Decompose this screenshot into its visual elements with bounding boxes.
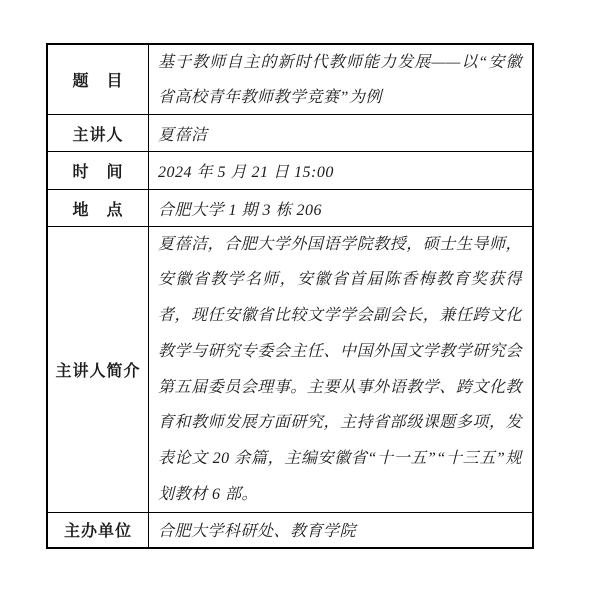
row-value-organizer: 合肥大学科研处、教育学院 <box>149 513 532 547</box>
organizer-text: 合肥大学科研处、教育学院 <box>158 518 522 541</box>
table-row-location: 地 点 合肥大学 1 期 3 栋 206 <box>48 190 532 227</box>
speaker-name: 夏蓓洁 <box>158 122 522 145</box>
row-value-title: 基于教师自主的新时代教师能力发展——以“安徽省高校青年教师教学竞赛”为例 <box>149 45 532 114</box>
table-row-speaker-bio: 主讲人简介 夏蓓洁，合肥大学外国语学院教授，硕士生导师，安徽省教学名师，安徽省首… <box>48 227 532 513</box>
table-row-title: 题 目 基于教师自主的新时代教师能力发展——以“安徽省高校青年教师教学竞赛”为例 <box>48 45 532 115</box>
row-label-speaker-bio: 主讲人简介 <box>48 227 149 512</box>
row-value-location: 合肥大学 1 期 3 栋 206 <box>149 190 532 226</box>
title-text: 基于教师自主的新时代教师能力发展——以“安徽省高校青年教师教学竞赛”为例 <box>158 45 522 115</box>
row-label-time: 时 间 <box>48 152 149 189</box>
location-text: 合肥大学 1 期 3 栋 206 <box>158 197 522 220</box>
speaker-bio-text: 夏蓓洁，合肥大学外国语学院教授，硕士生导师，安徽省教学名师，安徽省首届陈香梅教育… <box>158 227 522 513</box>
row-label-location: 地 点 <box>48 190 149 226</box>
table-row-organizer: 主办单位 合肥大学科研处、教育学院 <box>48 513 532 547</box>
announcement-table: 题 目 基于教师自主的新时代教师能力发展——以“安徽省高校青年教师教学竞赛”为例… <box>46 43 534 549</box>
row-label-title: 题 目 <box>48 45 149 114</box>
time-text: 2024 年 5 月 21 日 15:00 <box>158 159 522 182</box>
row-value-speaker-bio: 夏蓓洁，合肥大学外国语学院教授，硕士生导师，安徽省教学名师，安徽省首届陈香梅教育… <box>149 227 532 512</box>
document-page: 题 目 基于教师自主的新时代教师能力发展——以“安徽省高校青年教师教学竞赛”为例… <box>0 0 604 591</box>
row-value-speaker: 夏蓓洁 <box>149 115 532 151</box>
row-label-speaker: 主讲人 <box>48 115 149 151</box>
table-row-time: 时 间 2024 年 5 月 21 日 15:00 <box>48 152 532 190</box>
row-value-time: 2024 年 5 月 21 日 15:00 <box>149 152 532 189</box>
table-row-speaker: 主讲人 夏蓓洁 <box>48 115 532 152</box>
row-label-organizer: 主办单位 <box>48 513 149 547</box>
